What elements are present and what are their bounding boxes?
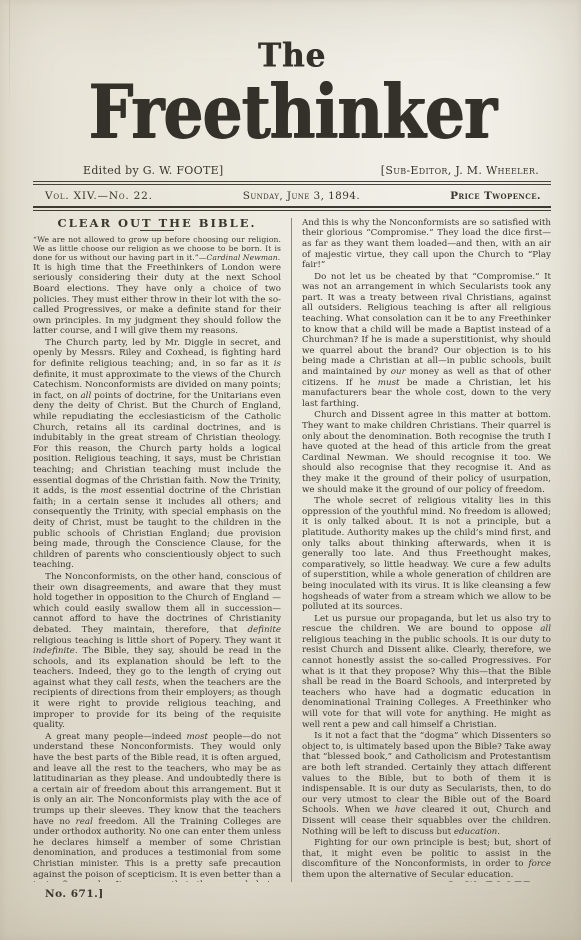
paragraph: The Nonconformists, on the other hand, c… — [33, 572, 281, 731]
column-right: And this is why the Nonconformists are s… — [292, 218, 551, 882]
column-right-body: And this is why the Nonconformists are s… — [302, 218, 551, 881]
paragraph: The Church party, led by Mr. Diggle in s… — [33, 338, 281, 571]
author-signature: G. W. FOOTE. — [302, 881, 551, 882]
column-left-body: It is high time that the Freethinkers of… — [33, 263, 281, 882]
editor-credit: Edited by G. W. FOOTE] — [83, 164, 224, 177]
issue-date: Sunday, June 3, 1894. — [243, 190, 360, 202]
article-columns: CLEAR OUT THE BIBLE. “We are not allowed… — [33, 218, 551, 882]
paragraph: Is it not a fact that the “dogma” which … — [302, 731, 551, 837]
masthead-title: Freethinker — [33, 76, 551, 149]
price: Price Twopence. — [450, 190, 541, 202]
article-headline: CLEAR OUT THE BIBLE. — [33, 218, 281, 229]
paragraph: It is high time that the Freethinkers of… — [33, 263, 281, 337]
editor-row: Edited by G. W. FOOTE] [Sub-Editor, J. M… — [83, 164, 539, 177]
paragraph: And this is why the Nonconformists are s… — [302, 218, 551, 271]
headline-rule — [140, 230, 174, 231]
paragraph: The whole secret of religious vitality l… — [302, 496, 551, 613]
sub-editor-credit: [Sub-Editor, J. M. Wheeler. — [381, 164, 539, 177]
page-content: The Freethinker Edited by G. W. FOOTE] [… — [0, 0, 581, 940]
issue-number-footer: No. 671.] — [33, 888, 551, 900]
column-left: CLEAR OUT THE BIBLE. “We are not allowed… — [33, 218, 292, 882]
paragraph: Do not let us be cheated by that “Compro… — [302, 272, 551, 410]
article-epigraph: “We are not allowed to grow up before ch… — [33, 236, 281, 262]
paragraph: Let us pursue our propaganda, but let us… — [302, 614, 551, 731]
volume-number: Vol. XIV.—No. 22. — [45, 190, 153, 202]
header-rule-bottom — [33, 206, 551, 211]
paragraph: Church and Dissent agree in this matter … — [302, 410, 551, 495]
dateline: Vol. XIV.—No. 22. Sunday, June 3, 1894. … — [33, 185, 551, 206]
paragraph: A great many people—indeed most people—d… — [33, 732, 281, 882]
newspaper-page: { "masthead": { "title_line1": "The", "t… — [0, 0, 581, 940]
masthead: The Freethinker — [33, 38, 551, 138]
paragraph: Fighting for our own principle is best; … — [302, 838, 551, 880]
